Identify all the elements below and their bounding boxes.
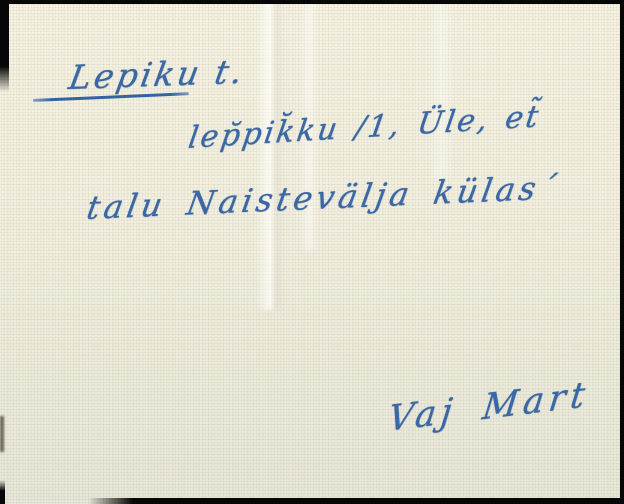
handwritten-line-2: lep̆pik̆ku /1, Üle, et̃ <box>186 99 543 156</box>
index-card: Lepiku t. lep̆pik̆ku /1, Üle, et̃ talu N… <box>0 0 624 504</box>
handwritten-title: Lepiku t. <box>66 52 248 97</box>
scanned-photo: Lepiku t. lep̆pik̆ku /1, Üle, et̃ talu N… <box>0 0 624 504</box>
handwritten-signature: Vaj Mart <box>386 374 592 440</box>
paper-crease <box>256 0 284 310</box>
handwritten-line-3: talu Naistevälja külas´ <box>84 168 563 227</box>
paper-crease <box>428 0 454 180</box>
